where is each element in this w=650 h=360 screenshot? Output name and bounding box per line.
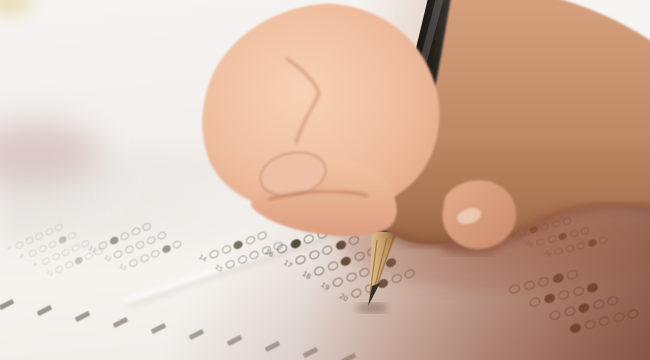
exam-bubble-sheet-photo: 7891011121314151617181920515253545556 <box>0 0 650 360</box>
pencil-tip-shadow <box>356 303 388 313</box>
hand-and-pencil <box>0 0 650 360</box>
